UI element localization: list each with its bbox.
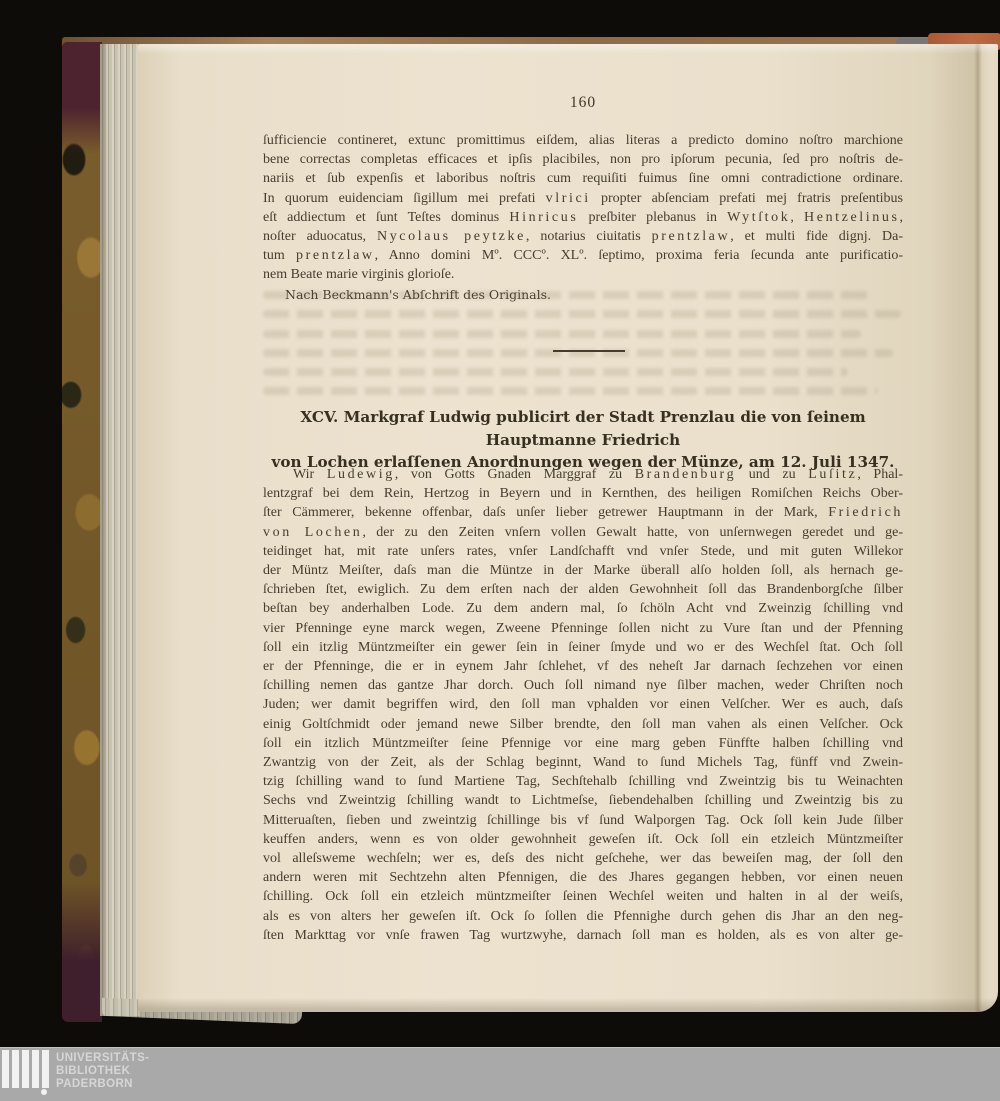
text-line: ſchilling. Ock ſoll ein etzleich müntzme…	[263, 887, 903, 906]
text-line: noſter aduocatus, Nycolaus peytzke, nota…	[263, 227, 903, 246]
text-line: Juden; wer damit begriffen wird, den ſol…	[263, 695, 903, 714]
text-line: Mitteruaſten, ſieben und zweintzig ſchil…	[263, 811, 903, 830]
text-line: tzig ſchilling wand to ſund Martiene Tag…	[263, 772, 903, 791]
text-line: vol alleſsweme wechſeln; wer es, deſs de…	[263, 849, 903, 868]
page-stack-edge	[100, 44, 140, 1016]
text-line: einig Goltſchmidt oder jemand newe Silbe…	[263, 715, 903, 734]
text-line: lentzgraf bei dem Rein, Hertzog in Beyer…	[263, 484, 903, 503]
text-line: Wir Ludewig, von Gotts Gnaden Marggraf z…	[263, 465, 903, 484]
text-line: PADERBORN	[56, 1078, 149, 1091]
text-line: eſt addiectum et ſunt Teſtes dominus Hin…	[263, 208, 903, 227]
text-line: ſufficiencie contineret, extunc promitti…	[263, 131, 903, 150]
section-divider-rule	[553, 350, 625, 352]
latin-paragraph: ſufficiencie contineret, extunc promitti…	[263, 131, 903, 285]
text-line: teidinget hat, mit rate unſers rates, vn…	[263, 542, 903, 561]
text-line: andern weren mit Sechtzehn alten Pfennig…	[263, 868, 903, 887]
section-heading: XCV. Markgraf Ludwig publicirt der Stadt…	[263, 406, 903, 474]
text-line: ſoll ein itzlig Müntzmeiſter ein gewer ſ…	[263, 638, 903, 657]
text-line: er der Pfenninge, die er in eynem Jahr ſ…	[263, 657, 903, 676]
source-note: Nach Beckmann's Abſchrift des Originals.	[285, 287, 551, 302]
watermark-bar	[0, 1047, 1000, 1101]
text-line: der Müntz Meiſter, daſs man die Müntze i…	[263, 561, 903, 580]
marbled-cover-edge	[62, 42, 102, 1022]
library-logo-icon	[2, 1050, 49, 1088]
text-line: beſtan bey anderhalben Lode. Zu dem ande…	[263, 599, 903, 618]
text-line: UNIVERSITÄTS-	[56, 1052, 149, 1065]
text-line: nariis et ſub expenſis et laboribus noſt…	[263, 169, 903, 188]
text-line: ſchilling nemen das gantze Jhar dorch. O…	[263, 676, 903, 695]
text-line: ſchrieben ſtet, ewiglich. Zu dem erſten …	[263, 580, 903, 599]
text-line: als es von alters her geweſen iſt. Ock ſ…	[263, 907, 903, 926]
text-line: tum prentzlaw, Anno domini Mº. CCCº. XLº…	[263, 246, 903, 265]
text-line: Sechs vnd Zweintzig ſchilling wandt to L…	[263, 791, 903, 810]
text-line: Zwantzig von der Zeit, als der Schlag be…	[263, 753, 903, 772]
text-line: ſter Cämmerer, bekenne offenbar, daſs un…	[263, 503, 903, 522]
book-page: 160 ſufficiencie contineret, extunc prom…	[138, 44, 998, 1012]
text-line: In quorum euidenciam ſigillum mei prefat…	[263, 189, 903, 208]
text-line: nem Beate marie virginis glorioſe.	[263, 265, 903, 284]
text-line: von Lochen, der zu den Zeiten vnſern vol…	[263, 523, 903, 542]
text-line: vier Pfenninge eyne marck wegen, Zweene …	[263, 619, 903, 638]
text-line: ſoll ein itzlich Müntzmeiſter ſeine Pfen…	[263, 734, 903, 753]
library-logo-dot-icon	[41, 1089, 47, 1095]
text-line: ſten Markttag vor vnſe frawen Tag wurtzw…	[263, 926, 903, 945]
text-line: keuffen anders, wenn es von older gewohn…	[263, 830, 903, 849]
bleedthrough-text	[263, 291, 903, 407]
body-paragraph: Wir Ludewig, von Gotts Gnaden Marggraf z…	[263, 465, 903, 945]
text-line: XCV. Markgraf Ludwig publicirt der Stadt…	[263, 406, 903, 451]
text-line: bene correctas completas efficaces et ip…	[263, 150, 903, 169]
page-number: 160	[263, 94, 903, 112]
library-watermark: UNIVERSITÄTS-BIBLIOTHEKPADERBORN	[56, 1052, 149, 1090]
text-line: BIBLIOTHEK	[56, 1065, 149, 1078]
